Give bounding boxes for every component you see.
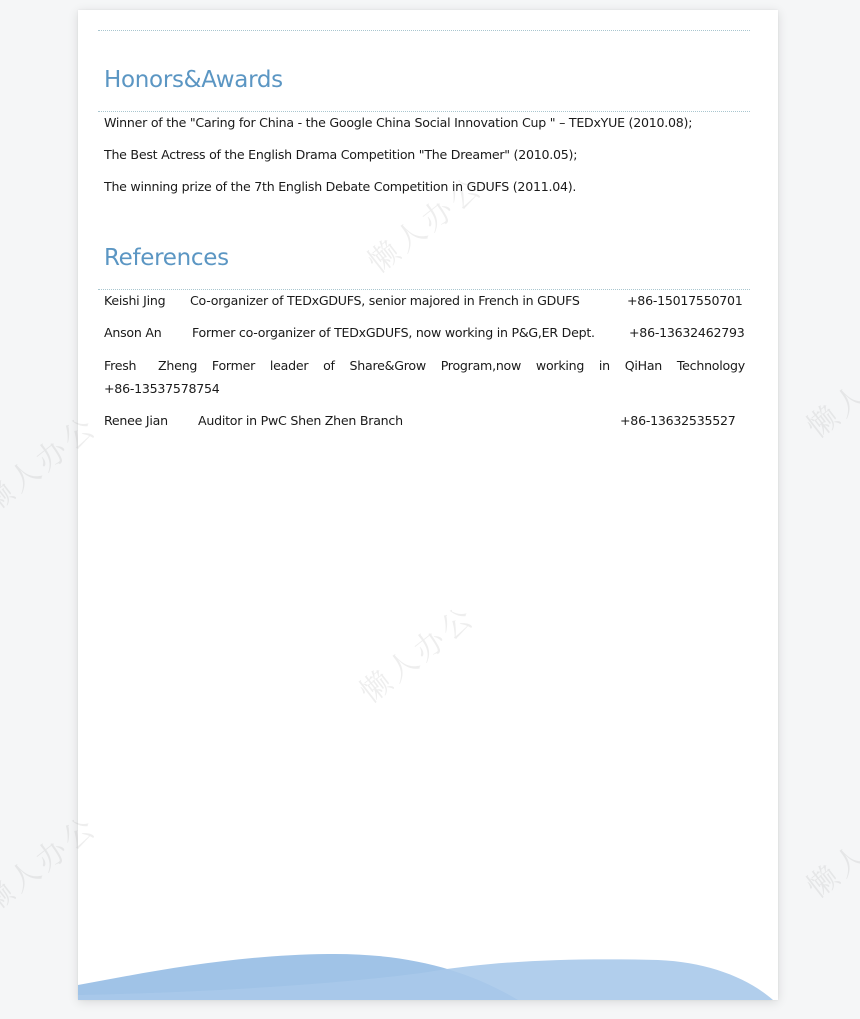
reference-description: Former co-organizer of TEDxGDUFS, now wo…	[192, 325, 595, 340]
reference-phone: +86-13632462793	[629, 325, 745, 340]
reference-description: Auditor in PwC Shen Zhen Branch	[198, 413, 403, 428]
decorative-waves	[78, 930, 778, 1000]
reference-description-word: Technology	[677, 354, 745, 377]
honors-heading: Honors&Awards	[104, 67, 283, 93]
reference-description-word: QiHan	[625, 354, 662, 377]
watermark: 懒人办公	[796, 328, 860, 446]
document-page: Honors&Awards Winner of the "Caring for …	[78, 10, 778, 1000]
reference-justified-line: Fresh Zheng FormerleaderofShare&GrowProg…	[104, 354, 745, 377]
reference-phone: +86-13632535527	[620, 413, 736, 428]
reference-description-word: leader	[270, 354, 308, 377]
references-divider	[98, 289, 750, 290]
reference-name: Fresh Zheng	[104, 354, 197, 377]
reference-row: Fresh Zheng FormerleaderofShare&GrowProg…	[104, 354, 745, 400]
watermark: 懒人办公	[796, 788, 860, 906]
top-divider	[98, 30, 750, 31]
reference-name: Keishi Jing	[104, 293, 165, 308]
honors-divider	[98, 111, 750, 112]
reference-description-word: Share&Grow	[350, 354, 426, 377]
reference-description-word: Former	[212, 354, 255, 377]
reference-description: Co-organizer of TEDxGDUFS, senior majore…	[190, 293, 580, 308]
reference-phone: +86-15017550701	[627, 293, 743, 308]
reference-description-word: of	[323, 354, 335, 377]
references-heading: References	[104, 245, 229, 271]
honor-item: The winning prize of the 7th English Deb…	[104, 179, 576, 194]
honor-item: Winner of the "Caring for China - the Go…	[104, 115, 692, 130]
watermark: 懒人办公	[349, 593, 483, 711]
reference-description-word: in	[599, 354, 610, 377]
reference-name: Anson An	[104, 325, 161, 340]
reference-phone: +86-13537578754	[104, 377, 745, 400]
reference-description-word: Program,now	[441, 354, 521, 377]
honor-item: The Best Actress of the English Drama Co…	[104, 147, 577, 162]
reference-description-word: working	[536, 354, 584, 377]
reference-name: Renee Jian	[104, 413, 168, 428]
